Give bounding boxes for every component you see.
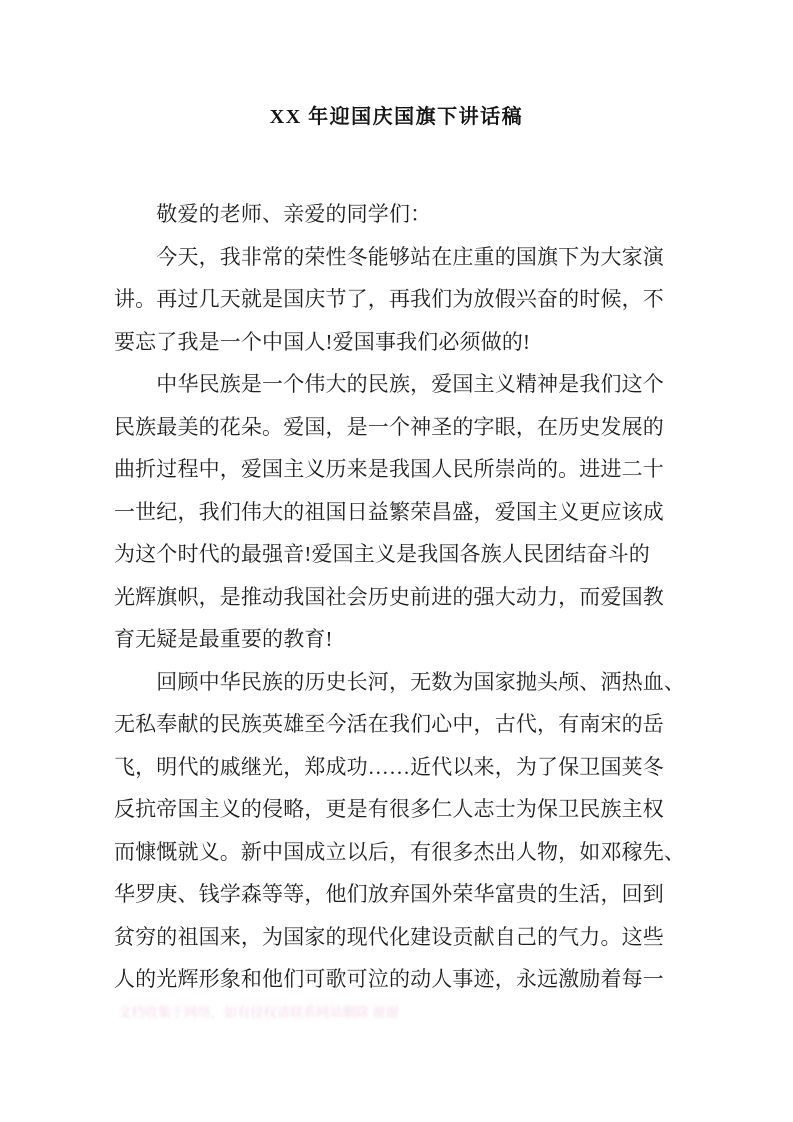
text-line: 今天，我非常的荣性冬能够站在庄重的国旗下为大家演 xyxy=(114,236,686,279)
text-line: 飞，明代的戚继光，郑成功……近代以来，为了保卫国荚冬 xyxy=(114,746,686,789)
document-page: XX 年迎国庆国旗下讲话稿 敬爱的老师、亲爱的同学们： 今天，我非常的荣性冬能够… xyxy=(0,0,793,1122)
text-line: 华罗庚、钱学森等等，他们放弃国外荣华富贵的生活，回到 xyxy=(114,873,686,916)
document-body: 敬爱的老师、亲爱的同学们： 今天，我非常的荣性冬能够站在庄重的国旗下为大家演 讲… xyxy=(114,193,686,1001)
text-line: 人的光辉形象和他们可歌可泣的动人事迹，永远激励着每一 xyxy=(114,958,686,1001)
text-line: 而慷慨就义。新中国成立以后，有很多杰出人物，如邓稼先、 xyxy=(114,831,686,874)
text-line: 育无疑是最重要的教育! xyxy=(114,618,686,661)
text-line: 为这个时代的最强音!爱国主义是我国各族人民团结奋斗的 xyxy=(114,533,686,576)
footer-watermark-text: 文档收集于网络，如有侵权请联系网站删除 谢谢 xyxy=(118,1002,378,1024)
page-title: XX 年迎国庆国旗下讲话稿 xyxy=(0,100,793,129)
text-line: 回顾中华民族的历史长河，无数为国家抛头颅、洒热血、 xyxy=(114,661,686,704)
text-line: 中华民族是一个伟大的民族，爱国主义精神是我们这个 xyxy=(114,363,686,406)
text-line: 反抗帝国主义的侵略，更是有很多仁人志士为保卫民族主权 xyxy=(114,788,686,831)
text-line: 无私奉献的民族英雄至今活在我们心中，古代，有南宋的岳 xyxy=(114,703,686,746)
text-line: 贫穷的祖国来，为国家的现代化建设贡献自己的气力。这些 xyxy=(114,916,686,959)
text-line: 曲折过程中，爱国主义历来是我国人民所崇尚的。进进二十 xyxy=(114,448,686,491)
text-line: 敬爱的老师、亲爱的同学们： xyxy=(114,193,686,236)
text-line: 要忘了我是一个中国人!爱国事我们必须做的! xyxy=(114,321,686,364)
text-line: 一世纪，我们伟大的祖国日益繁荣昌盛，爱国主义更应该成 xyxy=(114,491,686,534)
text-line: 光辉旗帜，是推动我国社会历史前进的强大动力，而爱国教 xyxy=(114,576,686,619)
text-line: 讲。再过几天就是国庆节了，再我们为放假兴奋的时候，不 xyxy=(114,278,686,321)
text-line: 民族最美的花朵。爱国，是一个神圣的字眼，在历史发展的 xyxy=(114,406,686,449)
